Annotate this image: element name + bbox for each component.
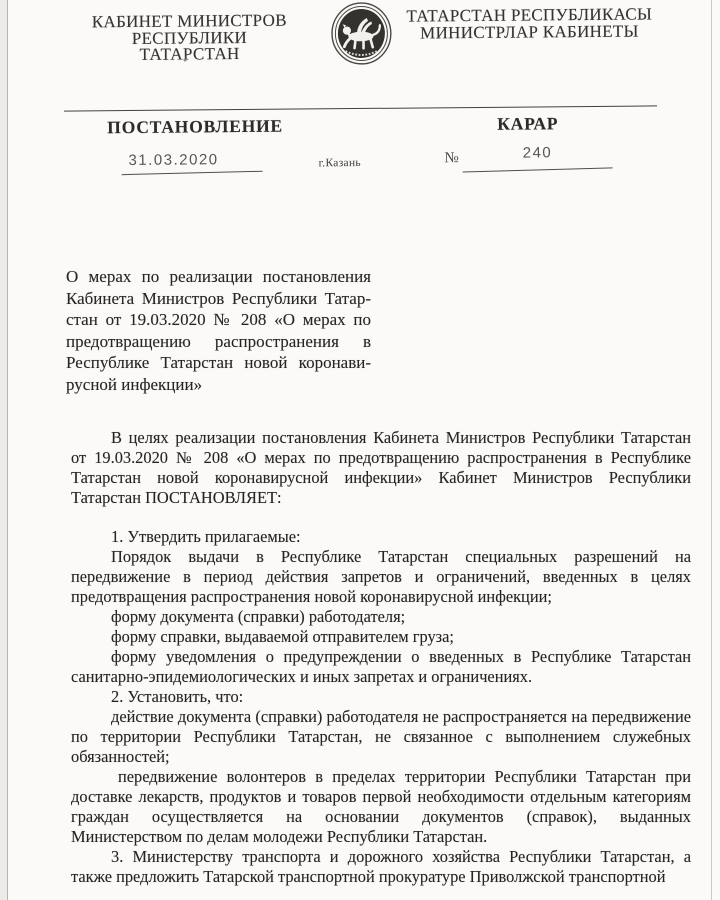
body-paragraph: форму уведомления о предупреждении о вве… [71,647,691,687]
body-paragraph: 1. Утвердить прилагаемые: [71,527,691,547]
body-paragraph: форму справки, выдаваемой отправителем г… [71,627,691,647]
doc-type-russian: ПОСТАНОВЛЕНИЕ [107,116,283,139]
letterhead-right-title: ТАТАРСТАН РЕСПУБЛИКАСЫМИНИСТРЛАР КАБИНЕТ… [405,6,653,41]
letterhead-line: РЕСПУБЛИКИ ТАТАРСТАН [83,29,295,64]
number-underline [463,167,613,172]
document-date: 31.03.2020 [128,151,218,169]
decree-title-line: О мерах по реализации постановления [66,266,371,288]
document-number: 240 [462,144,612,162]
document-number-label: № [444,150,458,167]
decree-title-line: русной инфекции» [66,374,371,396]
letterhead-section: КАБИНЕТ МИНИСТРОВРЕСПУБЛИКИ ТАТАРСТАН [0,0,720,203]
body-paragraph: 2. Установить, что: [71,687,691,707]
decree-title-line: стан от 19.03.2020 № 208 «О мерах по [66,309,371,331]
letterhead-left-title: КАБИНЕТ МИНИСТРОВРЕСПУБЛИКИ ТАТАРСТАН [83,13,295,64]
decree-title-line: Кабинета Министров Республики Татар- [66,288,371,310]
scan-dot-artifact [184,59,187,62]
letterhead-line: МИНИСТРЛАР КАБИНЕТЫ [405,23,653,42]
scanned-decree-page: КАБИНЕТ МИНИСТРОВРЕСПУБЛИКИ ТАТАРСТАН [0,0,720,900]
body-paragraph: действие документа (справки) работодател… [71,707,691,767]
decree-title-line: Республике Татарстан новой коронави- [66,352,371,374]
body-paragraph: Порядок выдачи в Республике Татарстан сп… [71,547,691,607]
body-paragraph: В целях реализации постановления Кабинет… [71,428,691,508]
date-underline [122,171,263,175]
decree-body: В целях реализации постановления Кабинет… [71,428,691,887]
body-paragraph: форму документа (справки) работодателя; [71,607,691,627]
decree-title: О мерах по реализации постановленияКабин… [66,266,371,395]
decree-title-line: предотвращению распространения в [66,331,371,353]
document-place: г.Казань [318,157,360,169]
letterhead-divider-rule [64,105,657,111]
doc-type-tatar: КАРАР [497,113,558,135]
tatarstan-coat-of-arms-emblem [330,2,393,66]
body-paragraph: передвижение волонтеров в пределах терри… [71,767,691,847]
body-paragraph: 3. Министерству транспорта и дорожного х… [71,847,691,887]
